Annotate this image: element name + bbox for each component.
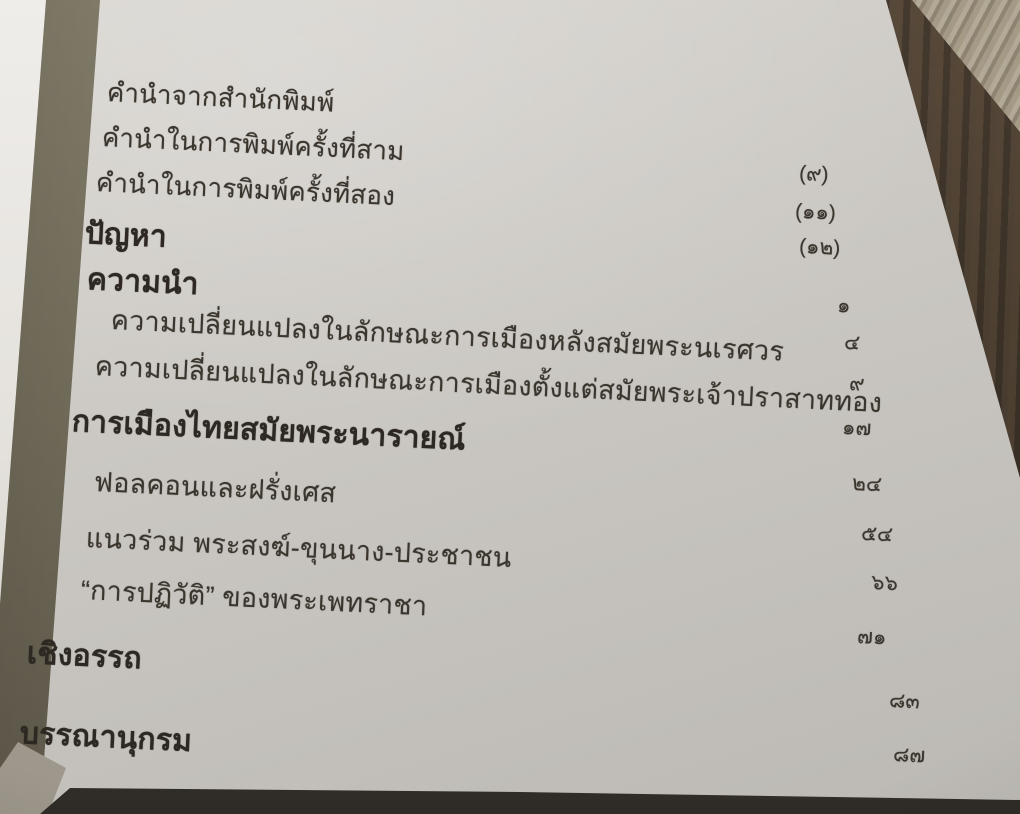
toc-entry-label: เชิงอรรถ	[26, 630, 143, 682]
toc-entry-page-number: ๘๓	[888, 684, 920, 718]
toc-entry-page-number: ๔	[843, 326, 860, 360]
toc-entry-page-number: ๕๔	[860, 517, 893, 551]
toc-entry-page-number: ๒๔	[851, 467, 882, 501]
toc-entry-page-number: ๑	[836, 289, 851, 323]
toc-entry-page-number: (๑๑)	[794, 195, 836, 230]
toc-entry-page-number: ๖๖	[870, 566, 898, 600]
toc-entry-page-number: ๗๑	[856, 620, 887, 654]
toc-entry-page-number: (๙)	[798, 157, 829, 191]
toc-entry-page-number: ๘๗	[892, 738, 926, 772]
toc-entry-label: ปัญหา	[84, 210, 168, 261]
toc-entry-label: บรรณานุกรม	[19, 710, 193, 765]
toc-entry-page-number: (๑๒)	[798, 230, 841, 265]
toc-entry-page-number: ๑๗	[841, 411, 872, 445]
book-photo: คำนำจากสำนักพิมพ์ (๙) คำนำในการพิมพ์ครั้…	[0, 0, 1020, 814]
